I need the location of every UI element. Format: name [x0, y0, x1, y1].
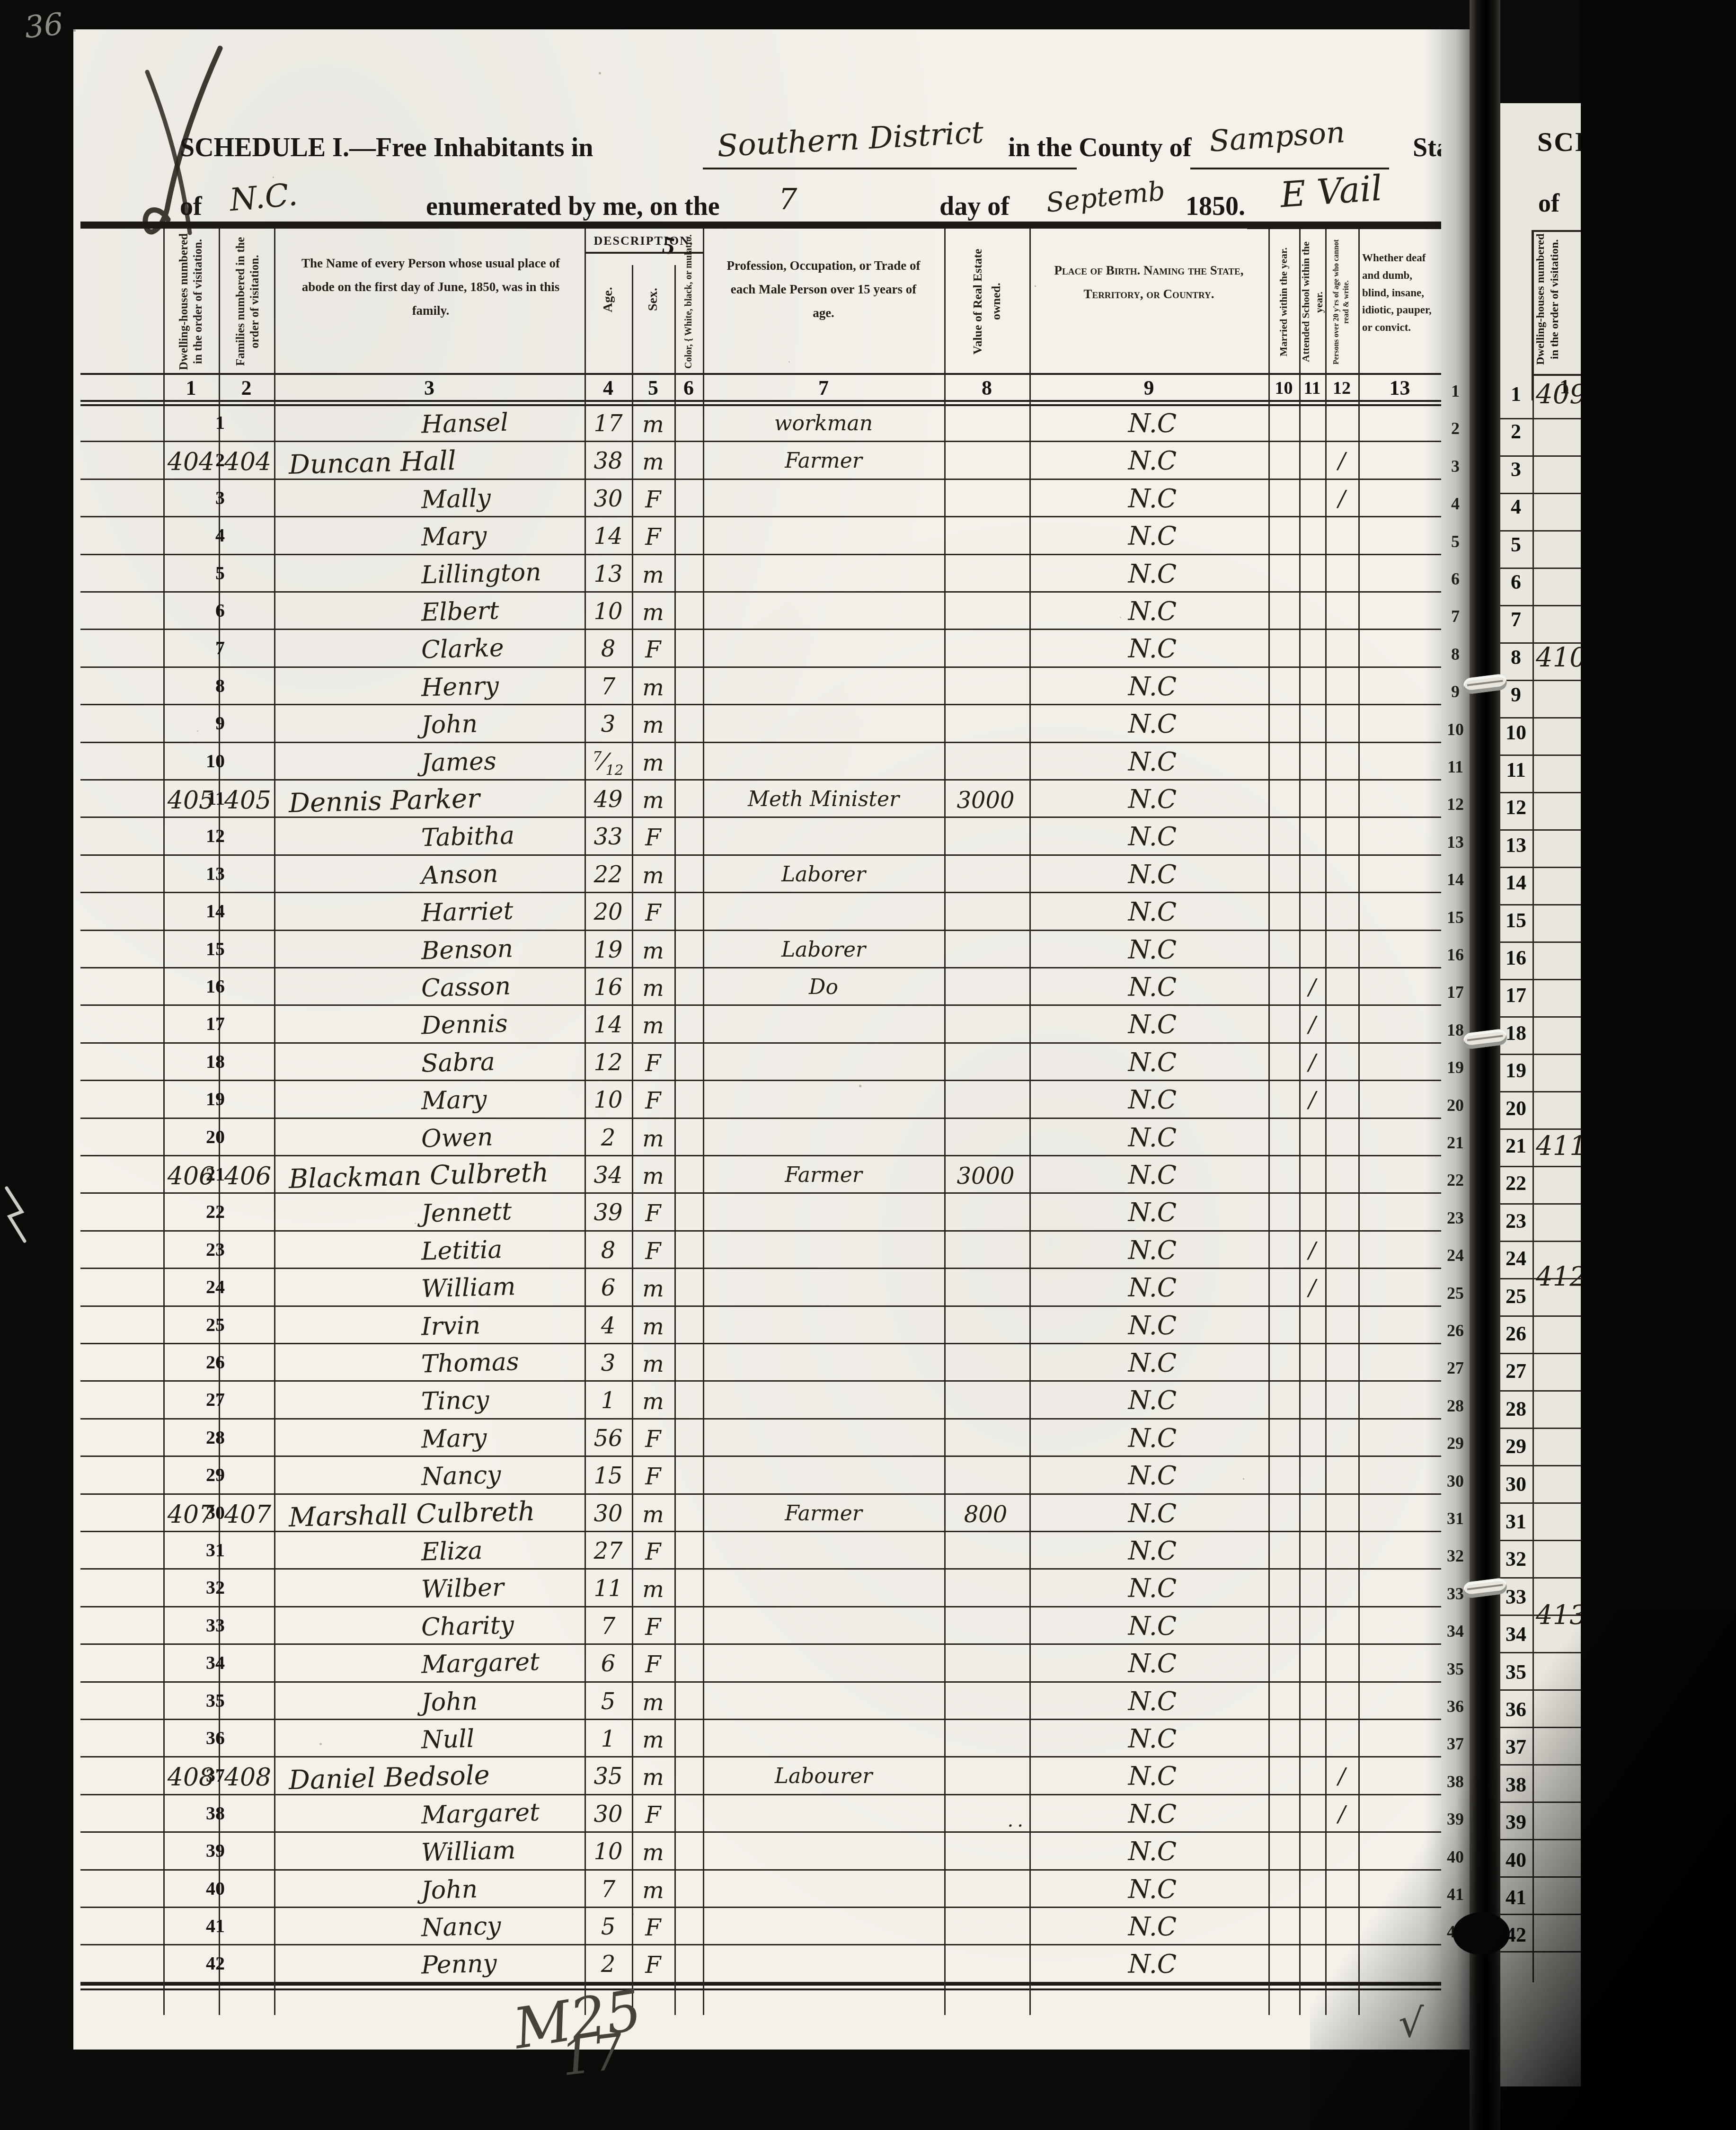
col-header-sex: Sex.: [632, 233, 674, 375]
col-header-dwelling: Dwelling-houses numbered in the order of…: [166, 233, 216, 375]
cell-age: 3: [585, 1350, 632, 1376]
table-row: 41Nancy5FN.C: [73, 1908, 1470, 1945]
adjacent-dwelling-number: 413: [1536, 1600, 1586, 1631]
cell-m11: /: [1299, 1087, 1325, 1112]
cell-birth: N.C: [1077, 1461, 1228, 1491]
cell-sex: m: [632, 411, 674, 438]
cell-line: 18: [102, 1050, 225, 1073]
cell-birth: N.C: [1077, 1273, 1228, 1303]
district-entry: Southern District: [716, 115, 984, 164]
table-row: 7Clarke8FN.C: [73, 630, 1470, 667]
row-rule: [80, 1982, 1441, 1983]
cell-name: Elbert: [421, 595, 582, 627]
cell-m11: /: [1299, 1049, 1325, 1075]
column-number: 8: [944, 376, 1029, 400]
cell-name: Thomas: [421, 1346, 582, 1379]
cell-age: 5: [585, 1688, 632, 1715]
cell-age: 12: [585, 1049, 632, 1076]
cell-sex: F: [632, 1464, 674, 1490]
cell-sex: m: [632, 674, 674, 701]
cell-line: 3: [102, 487, 225, 509]
column-number: 2: [219, 376, 274, 400]
cell-age: 13: [585, 561, 632, 587]
adjacent-line-number: 30: [1500, 1472, 1532, 1496]
cell-sex: m: [632, 1764, 674, 1791]
cell-sex: F: [632, 1952, 674, 1979]
table-row: 39William10mN.C: [73, 1833, 1470, 1870]
cell-age: 2: [585, 1951, 632, 1978]
cell-age: 49: [585, 786, 632, 813]
cell-age: 6: [585, 1275, 632, 1301]
cell-birth: N.C: [1077, 709, 1228, 739]
cell-age: 7: [585, 674, 632, 700]
column-number: 9: [1029, 376, 1268, 400]
cell-age: 30: [585, 486, 632, 512]
cell-m11: /: [1299, 1012, 1325, 1037]
cell-line: 31: [102, 1539, 225, 1561]
cell-birth: N.C: [1077, 1536, 1228, 1566]
cell-name: Clarke: [421, 632, 582, 665]
cell-age: 1: [585, 1387, 632, 1414]
cell-sex: F: [632, 1802, 674, 1828]
paper-speckles: [73, 29, 76, 32]
table-row: 21406406Blackman Culbreth34mFarmer3000N.…: [73, 1156, 1470, 1194]
cell-sex: m: [632, 1351, 674, 1377]
binding-shadow-blob: [1453, 1912, 1510, 1955]
table-row: 40John7mN.C: [73, 1871, 1470, 1908]
cell-age: 11: [585, 1575, 632, 1602]
cell-name: Mary: [421, 1421, 582, 1454]
cell-sex: m: [632, 1012, 674, 1039]
cell-age: 10: [585, 1838, 632, 1865]
census-page: 5 SCHEDULE I.—Free Inhabitants in Southe…: [73, 29, 1470, 2050]
adjacent-line-number: 12: [1500, 795, 1532, 819]
adjacent-dwelling-number: 412: [1536, 1261, 1586, 1292]
adjacent-line-number: 10: [1500, 720, 1532, 745]
cell-name: Mally: [421, 481, 582, 514]
adjacent-line-number: 29: [1500, 1434, 1532, 1458]
cell-sex: F: [632, 1539, 674, 1565]
cell-line: 29: [102, 1464, 225, 1486]
table-bottom-rule-b: [80, 1988, 1441, 1990]
cell-birth: N.C: [1077, 1047, 1228, 1077]
col-header-age: Age.: [585, 233, 632, 375]
cell-sex: m: [632, 1501, 674, 1528]
cell-name: Mary: [421, 1083, 582, 1116]
cell-line: 17: [102, 1012, 225, 1035]
cell-name: Null: [421, 1722, 582, 1755]
column-number: 10: [1268, 376, 1299, 400]
cell-age: 27: [585, 1538, 632, 1564]
cell-birth: N.C: [1077, 1198, 1228, 1227]
cell-name: Letitia: [421, 1233, 582, 1266]
cell-line: 15: [102, 938, 225, 960]
table-top-rule: [80, 222, 1441, 229]
cell-dwelling: 404: [166, 448, 216, 476]
cell-sex: F: [632, 524, 674, 550]
adjacent-line-number: 5: [1500, 532, 1532, 557]
cell-birth: N.C: [1077, 1686, 1228, 1716]
adjacent-line-number: 22: [1500, 1171, 1532, 1195]
cell-name: Nancy: [421, 1910, 582, 1943]
cell-birth: N.C: [1077, 1949, 1228, 1979]
col-header-married: Married within the year.: [1268, 233, 1299, 375]
adjacent-line-number: 14: [1500, 870, 1532, 895]
column-number: 11: [1299, 376, 1325, 400]
table-row: 37408408Daniel Bedsole35mLabourerN.C/: [73, 1757, 1470, 1795]
cell-dwelling: 406: [166, 1162, 216, 1190]
column-number: 12: [1325, 376, 1358, 400]
cell-name: Wilber: [421, 1571, 582, 1604]
cell-birth: N.C: [1077, 747, 1228, 777]
adjacent-line-number: 24: [1500, 1246, 1532, 1270]
cell-line: 20: [102, 1126, 225, 1148]
cell-value: 3000: [944, 1163, 1027, 1189]
cell-sex: m: [632, 1126, 674, 1152]
cell-sex: m: [632, 1839, 674, 1866]
cell-line: 8: [102, 674, 225, 697]
cell-name: Nancy: [421, 1459, 582, 1491]
cell-sex: F: [632, 637, 674, 663]
cell-name: Tabitha: [421, 820, 582, 852]
cell-occupation: Laborer: [708, 938, 939, 962]
cell-line: 36: [102, 1727, 225, 1749]
cell-name: William: [421, 1835, 582, 1867]
cell-line: 22: [102, 1200, 225, 1223]
cell-line: 40: [102, 1877, 225, 1899]
adjacent-line-number: 8: [1500, 645, 1532, 669]
cell-name: Duncan Hall: [288, 442, 582, 480]
table-row: 32Wilber11mN.C: [73, 1570, 1470, 1607]
cell-birth: N.C: [1077, 935, 1228, 965]
cell-sex: m: [632, 862, 674, 889]
adjacent-line-number: 27: [1500, 1359, 1532, 1383]
cell-sex: F: [632, 1426, 674, 1453]
table-row: 31Eliza27FN.C: [73, 1532, 1470, 1570]
adjacent-line-number: 21: [1500, 1134, 1532, 1158]
cell-sex: m: [632, 1163, 674, 1189]
adjacent-line-number: 39: [1500, 1810, 1532, 1834]
table-row: 11405405Dennis Parker49mMeth Minister300…: [73, 781, 1470, 818]
cell-line: 6: [102, 599, 225, 621]
cell-line: 14: [102, 900, 225, 922]
cell-sex: F: [632, 825, 674, 851]
cell-occupation: Farmer: [708, 1163, 939, 1187]
cell-name: Henry: [421, 669, 582, 702]
cell-age: 10: [585, 598, 632, 625]
cell-age: 7: [585, 1613, 632, 1640]
cell-birth: N.C: [1077, 1874, 1228, 1904]
cell-name: Benson: [421, 932, 582, 965]
adjacent-line-number: 25: [1500, 1284, 1532, 1308]
table-row: 5Lillington13mN.C: [73, 555, 1470, 593]
cell-line: 5: [102, 562, 225, 584]
table-row: 25Irvin4mN.C: [73, 1307, 1470, 1344]
adjacent-line-number: 34: [1500, 1622, 1532, 1646]
cell-sex: m: [632, 787, 674, 814]
cell-age: 10: [585, 1087, 632, 1113]
cell-line: 41: [102, 1915, 225, 1937]
cell-m11: /: [1299, 1237, 1325, 1263]
table-row: 23Letitia8FN.C/: [73, 1232, 1470, 1269]
cell-m12: /: [1325, 448, 1358, 473]
cell-name: Margaret: [421, 1797, 582, 1829]
table-row: 6Elbert10mN.C: [73, 593, 1470, 630]
cell-m11: /: [1299, 1275, 1325, 1300]
cell-occupation: workman: [708, 411, 939, 435]
adjacent-line-number: 2: [1500, 419, 1532, 444]
cell-name: Margaret: [421, 1647, 582, 1679]
cell-age: 22: [585, 861, 632, 888]
cell-sex: m: [632, 562, 674, 588]
cell-sex: F: [632, 1200, 674, 1227]
cell-birth: N.C: [1077, 596, 1228, 626]
col-header-value: Value of Real Estate owned.: [944, 233, 1029, 375]
cell-m8: ..: [944, 1810, 1027, 1831]
census-scan: 36 5 SCHEDULE I.—Free Inhabitants in Sou…: [0, 0, 1736, 2130]
cell-sex: F: [632, 1088, 674, 1114]
cell-line: 42: [102, 1952, 225, 1974]
table-row: 8Henry7mN.C: [73, 668, 1470, 705]
cell-birth: N.C: [1077, 1499, 1228, 1528]
state-entry: N.C.: [228, 176, 299, 218]
table-row: 14Harriet20FN.C: [73, 893, 1470, 931]
cell-birth: N.C: [1077, 822, 1228, 852]
cell-birth: N.C: [1077, 1123, 1228, 1153]
cell-birth: N.C: [1077, 521, 1228, 551]
cell-sex: F: [632, 1614, 674, 1641]
col-header-family: Families numbered in the order of visita…: [221, 233, 274, 375]
cell-value: 3000: [944, 787, 1027, 814]
cell-name: Sabra: [421, 1045, 582, 1078]
cell-name: Hansel: [421, 407, 582, 439]
cell-line: 26: [102, 1351, 225, 1373]
column-number: 6: [674, 376, 703, 400]
cell-name: Charity: [421, 1609, 582, 1642]
cell-sex: m: [632, 1576, 674, 1603]
cell-birth: N.C: [1077, 1235, 1228, 1265]
cell-family: 404: [221, 448, 274, 476]
cell-line: 1: [102, 411, 225, 434]
cell-name: Harriet: [421, 895, 582, 928]
cell-name: Dennis Parker: [288, 781, 582, 819]
cell-sex: F: [632, 1050, 674, 1077]
table-row: 4Mary14FN.C: [73, 517, 1470, 555]
table-row: 27Tincy1mN.C: [73, 1382, 1470, 1419]
cell-age: 17: [585, 410, 632, 437]
cell-name: Marshall Culbreth: [288, 1494, 582, 1533]
adjacent-dwelling-number: 410: [1536, 642, 1586, 673]
table-row: 35John5mN.C: [73, 1683, 1470, 1720]
cell-line: 13: [102, 862, 225, 885]
cell-name: Blackman Culbreth: [288, 1156, 582, 1195]
cell-sex: m: [632, 449, 674, 475]
table-row: 13Anson22mLaborerN.C: [73, 856, 1470, 893]
cell-age: 16: [585, 974, 632, 1001]
cell-age: 30: [585, 1500, 632, 1527]
adjacent-line-number: 40: [1500, 1848, 1532, 1872]
of-label: of: [180, 191, 202, 222]
table-row: 1Hansel17mworkmanN.C: [73, 405, 1470, 442]
cell-line: 27: [102, 1388, 225, 1411]
cell-sex: m: [632, 1877, 674, 1904]
cell-birth: N.C: [1077, 1837, 1228, 1866]
cell-birth: N.C: [1077, 1573, 1228, 1603]
cell-sex: F: [632, 1915, 674, 1941]
cell-birth: N.C: [1077, 1761, 1228, 1791]
adjacent-line-number: 37: [1500, 1735, 1532, 1759]
adjacent-line-number: 32: [1500, 1547, 1532, 1571]
cell-line: 35: [102, 1689, 225, 1712]
cell-birth: N.C: [1077, 672, 1228, 701]
cell-age: 1: [585, 1726, 632, 1752]
cell-name: Casson: [421, 970, 582, 1003]
cell-age: 14: [585, 1012, 632, 1038]
pencil-note-2: 17: [558, 2022, 627, 2087]
cell-birth: N.C: [1077, 1912, 1228, 1942]
cell-sex: m: [632, 1689, 674, 1716]
cell-name: Mary: [421, 519, 582, 552]
adjacent-line-number: 26: [1500, 1322, 1532, 1346]
cell-name: Jennett: [421, 1196, 582, 1228]
month-entry: Septemb: [1045, 176, 1166, 219]
cell-line: 32: [102, 1576, 225, 1598]
table-row: 30407407Marshall Culbreth30mFarmer800N.C: [73, 1495, 1470, 1532]
adjacent-line-number: 16: [1500, 946, 1532, 970]
table-row: 22Jennett39FN.C: [73, 1194, 1470, 1231]
cell-sex: m: [632, 1313, 674, 1340]
cell-age: 8: [585, 636, 632, 662]
cell-age: 56: [585, 1425, 632, 1452]
cell-birth: N.C: [1077, 860, 1228, 889]
cell-sex: m: [632, 1727, 674, 1753]
cell-age: 6: [585, 1651, 632, 1677]
adjacent-line-number: 11: [1500, 758, 1532, 782]
cell-name: Penny: [421, 1947, 582, 1980]
column-number: 1: [163, 376, 219, 400]
table-row: 17Dennis14mN.C/: [73, 1006, 1470, 1043]
table-row: 15Benson19mLaborerN.C: [73, 931, 1470, 968]
table-row: 9John3mN.C: [73, 705, 1470, 743]
cell-birth: N.C: [1077, 1724, 1228, 1754]
cell-age: 34: [585, 1162, 632, 1189]
adjacent-line-number: 36: [1500, 1697, 1532, 1722]
cell-line: 4: [102, 524, 225, 546]
cell-birth: N.C: [1077, 1385, 1228, 1415]
adjacent-line-number: 31: [1500, 1509, 1532, 1534]
adjacent-line-number: 1: [1500, 382, 1532, 406]
cell-line: 39: [102, 1839, 225, 1862]
cell-age: 5: [585, 1914, 632, 1940]
cell-birth: N.C: [1077, 1160, 1228, 1190]
cell-sex: m: [632, 1276, 674, 1302]
adjacent-line-number: 17: [1500, 983, 1532, 1007]
cell-age: 3: [585, 711, 632, 737]
cell-name: Owen: [421, 1120, 582, 1153]
cell-birth: N.C: [1077, 1423, 1228, 1453]
corner-page-note: 36: [23, 7, 65, 45]
year-label: 1850.: [1186, 191, 1245, 222]
cell-dwelling: 407: [166, 1500, 216, 1529]
cell-birth: N.C: [1077, 484, 1228, 514]
cell-birth: N.C: [1077, 446, 1228, 476]
cell-family: 407: [221, 1500, 274, 1529]
cell-name: Dennis: [421, 1008, 582, 1040]
column-number: 4: [585, 376, 632, 400]
cell-age: 14: [585, 523, 632, 550]
adjacent-line-number: 13: [1500, 833, 1532, 857]
table-row: 36Null1mN.C: [73, 1720, 1470, 1757]
adjacent-page-of-fragment: of: [1538, 188, 1559, 218]
cell-birth: N.C: [1077, 972, 1228, 1002]
cell-sex: F: [632, 487, 674, 513]
table-row: 20Owen2mN.C: [73, 1119, 1470, 1156]
table-row: 19Mary10FN.C/: [73, 1081, 1470, 1118]
table-row: 42Penny2FN.C: [73, 1945, 1470, 1983]
table-row: 28Mary56FN.C: [73, 1420, 1470, 1457]
table-row: 34Margaret6FN.C: [73, 1645, 1470, 1682]
cell-name: John: [421, 707, 582, 740]
cell-occupation: Meth Minister: [708, 787, 939, 811]
cell-m12: /: [1325, 1763, 1358, 1789]
table-row: 10James7⁄12mN.C: [73, 743, 1470, 781]
col-header-birthplace: Place of Birth. Naming the State, Territ…: [1029, 233, 1268, 401]
adjacent-page-column-rule: [1532, 231, 1534, 1982]
adjacent-line-number: 7: [1500, 607, 1532, 631]
cell-name: Irvin: [421, 1308, 582, 1341]
cell-occupation: Do: [708, 975, 939, 999]
cell-dwelling: 405: [166, 786, 216, 815]
book-binding: [1470, 0, 1500, 2130]
col-header-occupation: Profession, Occupation, or Trade of each…: [703, 233, 944, 396]
cell-age: 4: [585, 1313, 632, 1339]
cell-name: Tincy: [421, 1384, 582, 1416]
cell-birth: N.C: [1077, 1799, 1228, 1829]
cell-sex: F: [632, 900, 674, 926]
cell-sex: m: [632, 938, 674, 964]
cell-line: 10: [102, 750, 225, 772]
cell-occupation: Labourer: [708, 1764, 939, 1788]
col-header-name: The Name of every Person whose usual pla…: [277, 233, 585, 394]
cell-name: Lillington: [421, 557, 582, 589]
table-row: 16Casson16mDoN.C/: [73, 968, 1470, 1006]
cell-sex: m: [632, 599, 674, 626]
cell-birth: N.C: [1077, 408, 1228, 438]
cell-birth: N.C: [1077, 1311, 1228, 1340]
cell-age: 7⁄12: [585, 749, 632, 779]
cell-m11: /: [1299, 974, 1325, 1000]
cell-name: Anson: [421, 857, 582, 890]
cell-family: 408: [221, 1763, 274, 1792]
cell-age: 20: [585, 899, 632, 925]
col-header-literacy: Persons over 20 y'rs of age who cannot r…: [1325, 233, 1358, 375]
col-header-school: Attended School within the year.: [1299, 233, 1325, 375]
table-row: 2404404Duncan Hall38mFarmerN.C/: [73, 442, 1470, 479]
cell-line: 19: [102, 1088, 225, 1110]
cell-value: 800: [944, 1501, 1027, 1528]
cell-line: 16: [102, 975, 225, 997]
table-row: 26Thomas3mN.C: [73, 1344, 1470, 1382]
scan-right-black-edge: [1581, 0, 1736, 2130]
cell-line: 34: [102, 1651, 225, 1674]
cell-line: 9: [102, 712, 225, 734]
cell-age: 33: [585, 824, 632, 850]
cell-line: 38: [102, 1802, 225, 1824]
scan-edge-scratch-icon: [3, 1183, 28, 1245]
marshal-signature: E Vail: [1279, 168, 1383, 216]
cell-age: 35: [585, 1763, 632, 1790]
cell-birth: N.C: [1077, 1348, 1228, 1378]
